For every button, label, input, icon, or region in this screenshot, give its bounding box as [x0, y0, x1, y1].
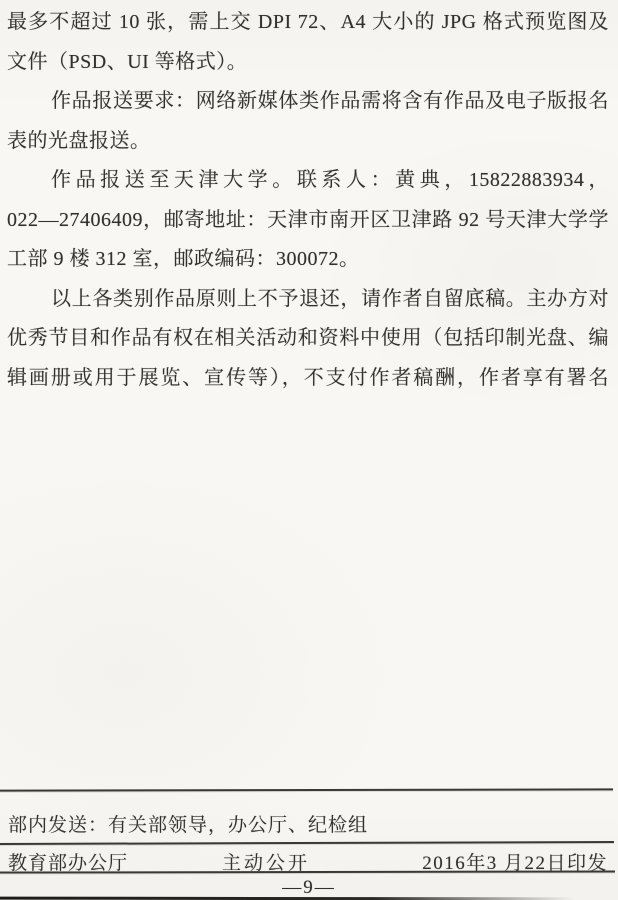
- page-number: —9—: [0, 877, 618, 899]
- body-line: 最多不超过 10 张，需上交 DPI 72、A4 大小的 JPG 格式预览图及源: [7, 3, 609, 43]
- footer-divider-middle: [0, 841, 614, 845]
- scanned-document-page: 最多不超过 10 张，需上交 DPI 72、A4 大小的 JPG 格式预览图及源…: [0, 0, 618, 900]
- body-line: 以上各类别作品原则上不予退还，请作者自留底稿。主办方对: [7, 280, 609, 320]
- body-line: 作品报送要求：网络新媒体类作品需将含有作品及电子版报名: [7, 82, 609, 122]
- body-line: 022—27406409，邮寄地址：天津市南开区卫津路 92 号天津大学学: [7, 201, 609, 241]
- footer-divider-top: [0, 788, 613, 791]
- body-line: 工部 9 楼 312 室，邮政编码：300072。: [7, 240, 609, 280]
- scan-edge-artifact: [0, 897, 575, 900]
- body-line: 辑画册或用于展览、宣传等），不支付作者稿酬，作者享有署名权。: [7, 359, 609, 399]
- distribution-note: 部内发送：有关部领导，办公厅、纪检组: [8, 810, 368, 837]
- body-line: 作品报送至天津大学。联系人：黄典，15822883934，: [7, 161, 609, 201]
- body-text: 最多不超过 10 张，需上交 DPI 72、A4 大小的 JPG 格式预览图及源…: [7, 3, 609, 398]
- body-line: 表的光盘报送。: [7, 122, 609, 162]
- body-line: 优秀节目和作品有权在相关活动和资料中使用（包括印制光盘、编: [7, 319, 609, 359]
- body-line: 文件（PSD、UI 等格式）。: [7, 43, 609, 83]
